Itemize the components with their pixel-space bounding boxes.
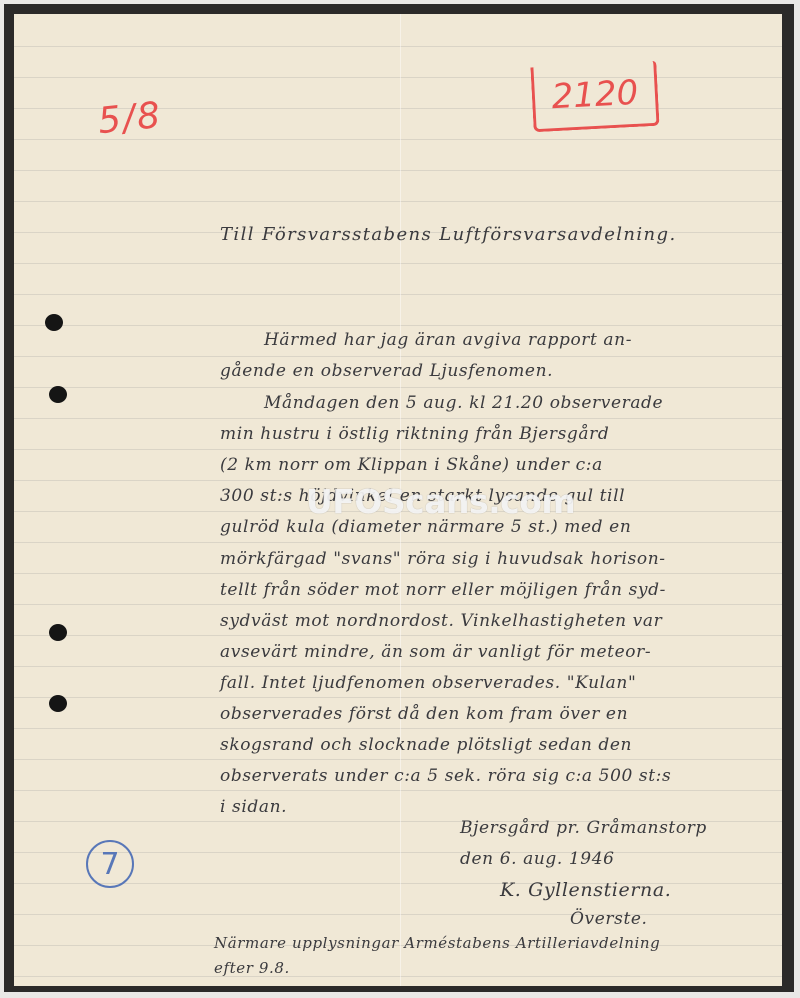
body-line: Härmed har jag äran avgiva rapport an- — [264, 330, 632, 350]
body-line: avsevärt mindre, än som är vanligt för m… — [220, 642, 651, 662]
body-line: observerades först då den kom fram över … — [220, 704, 628, 724]
archive-number-box: 2120 — [530, 61, 659, 133]
punch-hole-mark — [49, 624, 67, 641]
footer-note-line: Närmare upplysningar Arméstabens Artille… — [214, 934, 660, 952]
body-line: i sidan. — [220, 797, 287, 817]
punch-hole-mark — [45, 314, 63, 331]
body-line: sydväst mot nordnordost. Vinkelhastighet… — [220, 611, 662, 631]
footer-note-line: efter 9.8. — [214, 959, 290, 977]
letter-addressee: Till Försvarsstabens Luftförsvarsavdelni… — [220, 224, 677, 245]
punch-hole-mark — [49, 695, 67, 712]
date-line: den 6. aug. 1946 — [460, 849, 615, 869]
body-line: skogsrand och slocknade plötsligt sedan … — [220, 735, 632, 755]
body-line: observerats under c:a 5 sek. röra sig c:… — [220, 766, 671, 786]
signer-title: Överste. — [570, 909, 648, 929]
body-line: mörkfärgad "svans" röra sig i huvudsak h… — [220, 549, 666, 569]
signature: K. Gyllenstierna. — [500, 879, 671, 901]
body-line: fall. Intet ljudfenomen observerades. "K… — [220, 673, 636, 693]
place-line: Bjersgård pr. Gråmanstorp — [460, 818, 707, 838]
letter-page: 5/8 2120 Till Försvarsstabens Luftförsva… — [14, 14, 782, 986]
circled-number-text: 7 — [100, 847, 119, 882]
punch-hole-mark — [49, 386, 67, 403]
body-line: Måndagen den 5 aug. kl 21.20 observerade — [264, 393, 663, 413]
body-line: min hustru i östlig riktning från Bjersg… — [220, 424, 609, 444]
archive-number: 2120 — [551, 73, 640, 117]
body-line: (2 km norr om Klippan i Skåne) under c:a — [220, 455, 603, 475]
body-line: tellt från söder mot norr eller möjligen… — [220, 580, 666, 600]
page-reference-mark: 5/8 — [96, 95, 164, 142]
watermark: UFOScans.com — [306, 482, 575, 521]
body-line: gående en observerad Ljusfenomen. — [220, 361, 553, 381]
circled-number: 7 — [86, 840, 134, 888]
